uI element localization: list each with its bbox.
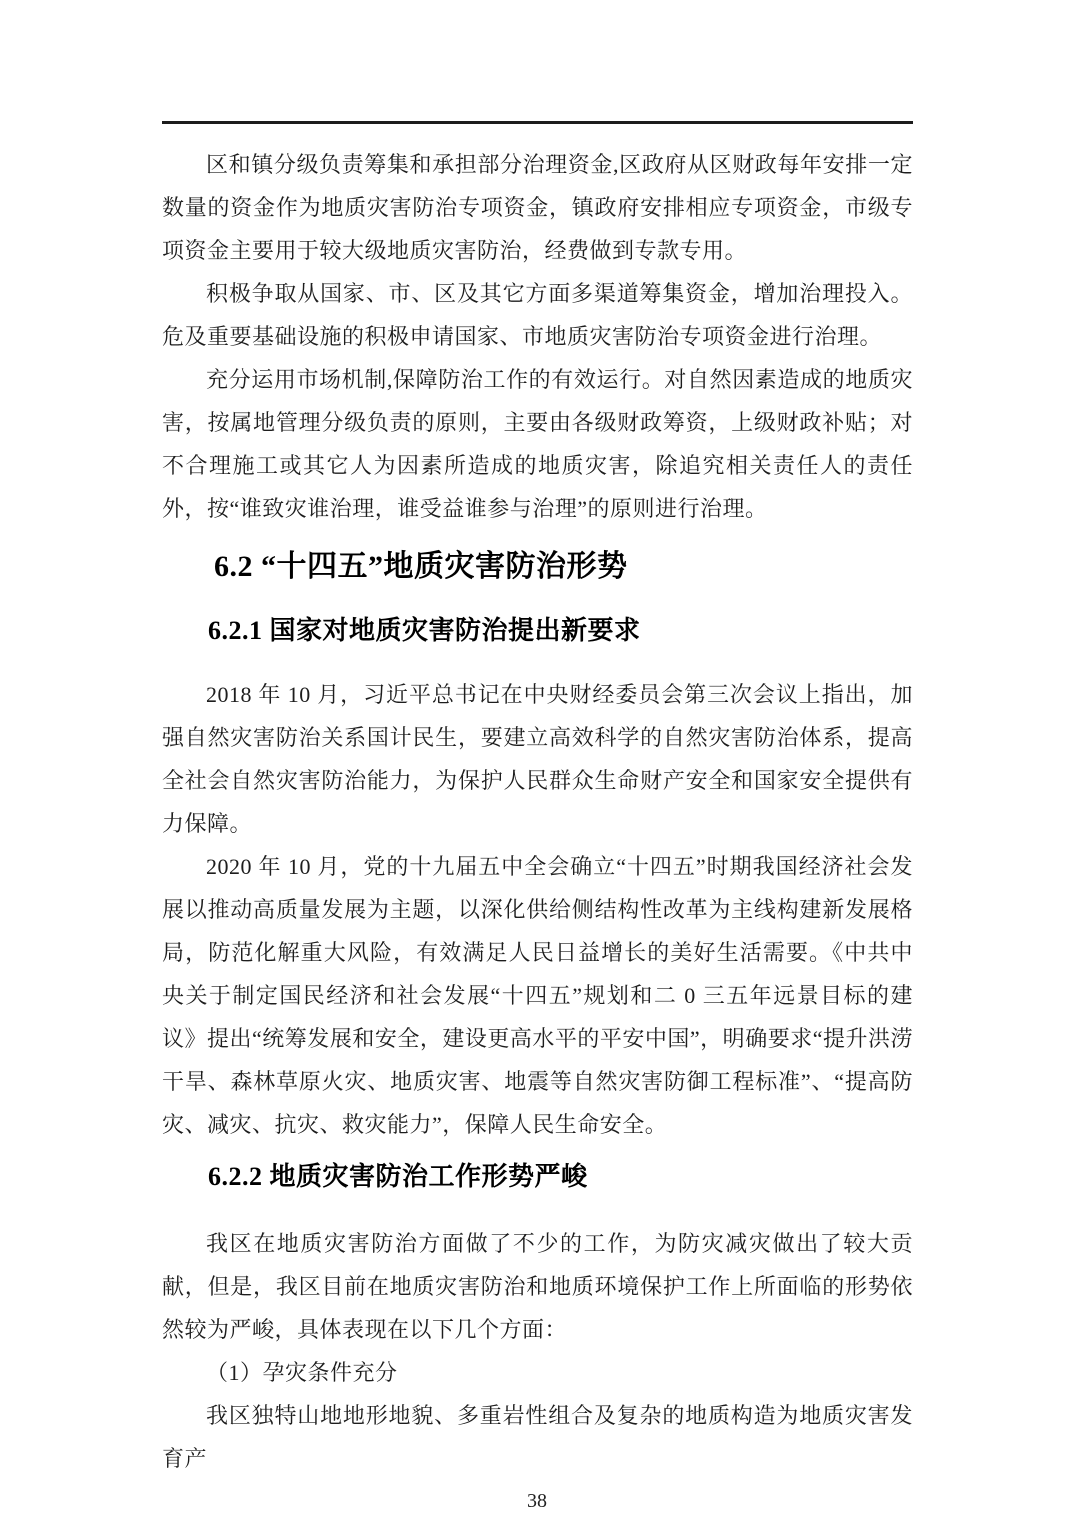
paragraph-multichannel-funding: 积极争取从国家、市、区及其它方面多渠道筹集资金，增加治理投入。危及重要基础设施的… bbox=[162, 272, 913, 358]
page-number: 38 bbox=[527, 1490, 547, 1512]
heading-section-6-2-1: 6.2.1 国家对地质灾害防治提出新要求 bbox=[162, 612, 913, 650]
header-rule bbox=[162, 121, 913, 124]
paragraph-terrain-geology: 我区独特山地地形地貌、多重岩性组合及复杂的地质构造为地质灾害发育产 bbox=[162, 1394, 913, 1480]
heading-section-6-2: 6.2 “十四五”地质灾害防治形势 bbox=[162, 546, 913, 588]
paragraph-market-mechanism: 充分运用市场机制,保障防治工作的有效运行。对自然因素造成的地质灾害，按属地管理分… bbox=[162, 358, 913, 530]
paragraph-2018-directive: 2018 年 10 月，习近平总书记在中央财经委员会第三次会议上指出，加强自然灾… bbox=[162, 673, 913, 845]
paragraph-situation-overview: 我区在地质灾害防治方面做了不少的工作，为防灾减灾做出了较大贡献，但是，我区目前在… bbox=[162, 1222, 913, 1351]
heading-section-6-2-2: 6.2.2 地质灾害防治工作形势严峻 bbox=[162, 1158, 913, 1196]
paragraph-funding-responsibility: 区和镇分级负责筹集和承担部分治理资金,区政府从区财政每年安排一定数量的资金作为地… bbox=[162, 143, 913, 272]
list-item-1-disaster-prone-conditions: （1）孕灾条件充分 bbox=[162, 1351, 913, 1394]
paragraph-2020-plenum: 2020 年 10 月，党的十九届五中全会确立“十四五”时期我国经济社会发展以推… bbox=[162, 845, 913, 1146]
page-footer: 38 bbox=[0, 1486, 1074, 1516]
document-body: 区和镇分级负责筹集和承担部分治理资金,区政府从区财政每年安排一定数量的资金作为地… bbox=[162, 143, 913, 1480]
document-page: 区和镇分级负责筹集和承担部分治理资金,区政府从区财政每年安排一定数量的资金作为地… bbox=[0, 0, 1074, 1520]
